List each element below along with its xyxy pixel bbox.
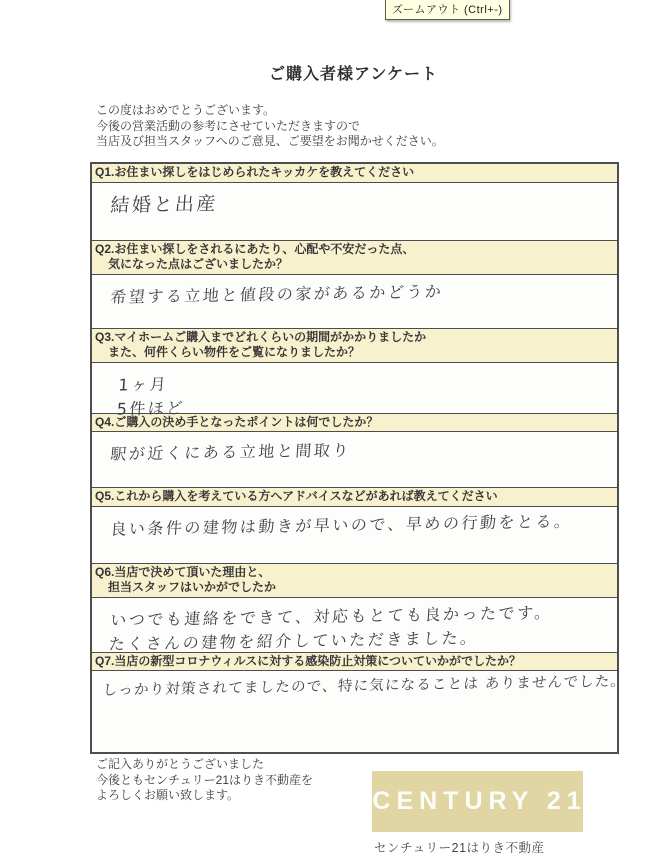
zoom-out-tooltip-text: ズームアウト (Ctrl+-) xyxy=(392,4,503,16)
question-block-q6: Q6.当店で決めて頂いた理由と、 担当スタッフはいかがでしたか いつでも連絡をで… xyxy=(92,563,617,652)
question-block-q2: Q2.お住まい探しをされるにあたり、心配や不安だった点、 気になった点はございま… xyxy=(92,240,617,328)
closing-line: ご記入ありがとうございました xyxy=(96,757,313,773)
question-header-text: Q2.お住まい探しをされるにあたり、心配や不安だった点、 xyxy=(95,242,614,258)
answer-area-q7: しっかり対策されてましたので、特に気になることは ありませんでした。 xyxy=(92,671,617,752)
intro-line: この度はおめでとうございます。 xyxy=(96,103,444,119)
page-title: ご購入者様アンケート xyxy=(90,61,617,84)
answer-area-q4: 駅が近くにある立地と間取り xyxy=(92,432,617,487)
answer-area-q2: 希望する立地と値段の家があるかどうか xyxy=(92,275,617,328)
answer-area-q3: 1ヶ月 5件ほど xyxy=(92,363,617,413)
handwritten-line: 良い条件の建物は動きが早いので、早めの行動をとる。 xyxy=(110,508,613,541)
question-block-q1: Q1.お住まい探しをはじめられたキッカケを教えてください 結婚と出産 xyxy=(92,164,617,240)
intro-paragraph: この度はおめでとうございます。 今後の営業活動の参考にさせていただきますので 当… xyxy=(96,103,444,150)
handwritten-line: 希望する立地と値段の家があるかどうか xyxy=(110,276,613,309)
zoom-out-tooltip: ズームアウト (Ctrl+-) xyxy=(385,0,510,20)
closing-line: よろしくお願い致します。 xyxy=(96,788,313,804)
question-header-text: Q3.マイホームご購入までどれくらいの期間がかかりましたか xyxy=(95,330,614,346)
question-block-q5: Q5.これから購入を考えている方へアドバイスなどがあれば教えてください 良い条件… xyxy=(92,487,617,563)
question-block-q3: Q3.マイホームご購入までどれくらいの期間がかかりましたか また、何件くらい物件… xyxy=(92,328,617,413)
answer-area-q6: いつでも連絡をできて、対応もとても良かったです。 たくさんの建物を紹介していただ… xyxy=(92,598,617,652)
scanned-survey-page: ズームアウト (Ctrl+-) ご購入者様アンケート この度はおめでとうございま… xyxy=(0,0,661,865)
century21-logo: CENTURY 21 xyxy=(372,771,583,832)
question-block-q7: Q7.当店の新型コロナウィルスに対する感染防止対策についていかがでしたか？ しっ… xyxy=(92,652,617,753)
handwritten-line: しっかり対策されてましたので、特に気になることは ありませんでした。 xyxy=(102,670,613,703)
century21-logo-text: CENTURY 21 xyxy=(368,787,586,816)
intro-line: 当店及び担当スタッフへのご意見、ご要望をお聞かせください。 xyxy=(96,134,444,150)
handwritten-line: 駅が近くにある立地と間取り xyxy=(110,434,613,467)
closing-message: ご記入ありがとうございました 今後ともセンチュリー21はりき不動産を よろしくお… xyxy=(96,757,313,804)
survey-table: Q1.お住まい探しをはじめられたキッカケを教えてください 結婚と出産 Q2.お住… xyxy=(90,162,619,754)
answer-area-q5: 良い条件の建物は動きが早いので、早めの行動をとる。 xyxy=(92,507,617,563)
question-block-q4: Q4.ご購入の決め手となったポイントは何でしたか？ 駅が近くにある立地と間取り xyxy=(92,413,617,488)
question-header-text: Q6.当店で決めて頂いた理由と、 xyxy=(95,565,614,581)
handwritten-answer: いつでも連絡をできて、対応もとても良かったです。 たくさんの建物を紹介していただ… xyxy=(88,588,617,656)
closing-line: 今後ともセンチュリー21はりき不動産を xyxy=(96,773,313,789)
answer-area-q1: 結婚と出産 xyxy=(92,183,617,240)
handwritten-line: 結婚と出産 xyxy=(110,184,613,217)
handwritten-answer: 1ヶ月 5件ほど xyxy=(88,353,617,421)
company-name: センチュリー21はりき不動産 xyxy=(374,838,545,856)
intro-line: 今後の営業活動の参考にさせていただきますので xyxy=(96,119,444,135)
